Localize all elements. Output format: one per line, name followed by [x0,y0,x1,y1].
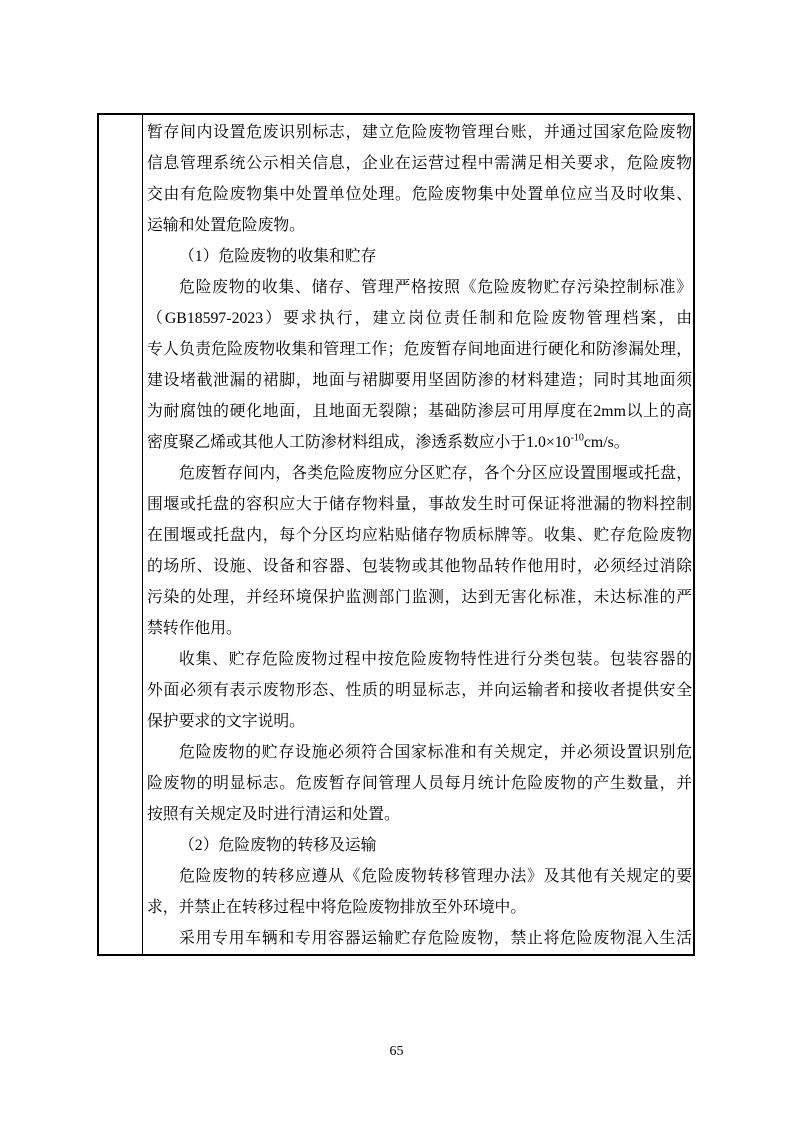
report-table: 暂存间内设置危废识别标志，建立危险废物管理台账，并通过国家危险废物信息管理系统公… [97,113,695,956]
text-line: 建设堵截泄漏的裙脚，地面与裙脚要用坚固防渗的材料建造；同时其地面须 [147,365,692,396]
text-line: 运输和处置危险废物。 [147,210,692,241]
text-line: 专人负责危险废物收集和管理工作；危废暂存间地面进行硬化和防渗漏处理， [147,334,692,365]
table-left-column [99,115,143,954]
text-segment: cm/s。 [584,434,630,451]
text-line: 交由有危险废物集中处置单位处理。危险废物集中处置单位应当及时收集、 [147,179,692,210]
text-line: 外面必须有表示废物形态、性质的明显标志，并向运输者和接收者提供安全 [147,675,692,706]
text-line: 污染的处理，并经环境保护监测部门监测，达到无害化标准，未达标准的严 [147,582,692,613]
text-line: 为耐腐蚀的硬化地面，且地面无裂隙；基础防渗层可用厚度在2mm以上的高 [147,396,692,427]
text-line: 收集、贮存危险废物过程中按危险废物特性进行分类包装。包装容器的 [147,644,692,675]
text-line: 密度聚乙烯或其他人工防渗材料组成，渗透系数应小于1.0×10-10cm/s。 [147,427,692,458]
text-line: 保护要求的文字说明。 [147,706,692,737]
text-line: 禁转作他用。 [147,613,692,644]
text-line: 危废暂存间内，各类危险废物应分区贮存，各个分区应设置围堰或托盘， [147,458,692,489]
text-line: 在围堰或托盘内，每个分区均应粘贴储存物质标牌等。收集、贮存危险废物 [147,520,692,551]
text-line: （GB18597-2023）要求执行，建立岗位责任制和危险废物管理档案，由 [147,303,692,334]
table-text-cell: 暂存间内设置危废识别标志，建立危险废物管理台账，并通过国家危险废物信息管理系统公… [143,115,693,954]
text-segment: 密度聚乙烯或其他人工防渗材料组成，渗透系数应小于1.0×10 [147,434,571,451]
text-line: 危险废物的收集、储存、管理严格按照《危险废物贮存污染控制标准》 [147,272,692,303]
text-line: （2）危险废物的转移及运输 [147,830,692,861]
text-line: 求，并禁止在转移过程中将危险废物排放至外环境中。 [147,892,692,923]
text-line: 采用专用车辆和专用容器运输贮存危险废物，禁止将危险废物混入生活 [147,923,692,954]
page-number: 65 [0,1044,793,1060]
text-line: （1）危险废物的收集和贮存 [147,241,692,272]
text-line: 信息管理系统公示相关信息，企业在运营过程中需满足相关要求，危险废物 [147,148,692,179]
text-line: 按照有关规定及时进行清运和处置。 [147,799,692,830]
text-line: 的场所、设施、设备和容器、包装物或其他物品转作他用时，必须经过消除 [147,551,692,582]
text-line: 险废物的明显标志。危废暂存间管理人员每月统计危险废物的产生数量，并 [147,768,692,799]
text-line: 暂存间内设置危废识别标志，建立危险废物管理台账，并通过国家危险废物 [147,117,692,148]
text-line: 危险废物的贮存设施必须符合国家标准和有关规定，并必须设置识别危 [147,737,692,768]
superscript: -10 [571,433,584,444]
text-line: 围堰或托盘的容积应大于储存物料量，事故发生时可保证将泄漏的物料控制 [147,489,692,520]
text-line: 危险废物的转移应遵从《危险废物转移管理办法》及其他有关规定的要 [147,861,692,892]
